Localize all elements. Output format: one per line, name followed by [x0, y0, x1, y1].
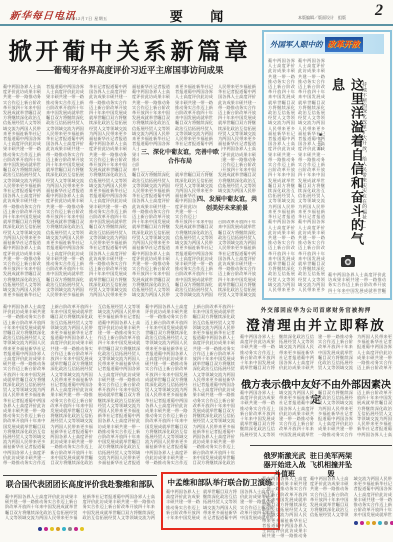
china-bangladesh-drill-headline: 中孟维和部队举行联合防卫演练 [165, 477, 275, 488]
huawei-article-kicker: 外交部回应华为公司首席财务官被拘押 [240, 306, 392, 314]
feature-panel-banner: 外国军人眼中的 改革开放 [266, 34, 384, 54]
us-aircraft-body: 葡中两国各界人士高度评价此访成果丰硕共建一带一路推动务实合作迈上新台阶改革开放四… [310, 476, 392, 518]
registration-marks-left [38, 527, 84, 531]
divider-rule [3, 475, 157, 476]
laser-weapons-headline: 俄罗斯激光武器开始进入战斗值班 [261, 452, 308, 479]
divider-rule [250, 445, 392, 446]
panel-byline: ■王玉山 [317, 132, 323, 192]
registration-dot [372, 521, 376, 525]
main-article-headline: 掀开葡中关系新篇章 [8, 33, 252, 66]
main-article-subtitle: ——葡萄牙各界高度评价习近平主席国事访问成果 [8, 64, 252, 76]
huawei-article-headline: 澄清理由并立即释放 [240, 314, 392, 334]
registration-dot [50, 527, 54, 531]
registration-dot [378, 521, 382, 525]
page-number: 2 [375, 2, 383, 20]
registration-dot [44, 527, 48, 531]
laser-weapons-body: 葡中两国各界人士高度评价此访成果丰硕共建一带一路推动务实合作迈上新台阶改革开放四… [262, 476, 307, 538]
un-peacekeeping-headline: 联合国代表团团长高度评价我赴黎维和部队 [4, 479, 156, 490]
registration-dot [56, 527, 60, 531]
registration-dot [354, 521, 358, 525]
feature-panel: 外国军人眼中的 改革开放 葡中两国各界人士高度评价此访成果丰硕共建一带一路推动务… [262, 30, 392, 300]
un-peacekeeping-body: 葡中两国各界人士高度评价此访成果丰硕共建一带一路推动务实合作迈上新台阶改革开放四… [5, 494, 155, 524]
main-article-body-lower: 葡中两国各界人士高度评价此访成果丰硕共建一带一路推动务实合作迈上新台阶改革开放四… [3, 304, 235, 470]
registration-dot [68, 527, 72, 531]
edition-meta: 本版编辑／版面设计 组版 [298, 15, 346, 21]
camera-icon [340, 254, 356, 268]
registration-dot [366, 521, 370, 525]
registration-dot [62, 527, 66, 531]
registration-dot [360, 521, 364, 525]
registration-marks-right [354, 521, 393, 525]
registration-dot [74, 527, 78, 531]
main-article-subhead-3: 三、深化中葡友谊，完善中欧合作布局 [139, 146, 221, 171]
newspaper-page: 新华每日电讯 2018年12月7日 星期五 要 闻 本版编辑／版面设计 组版 2… [0, 0, 393, 542]
panel-series-highlight: 改革开放 [325, 37, 363, 52]
registration-dot [384, 521, 388, 525]
registration-dot [38, 527, 42, 531]
main-article-subhead-4: 四、发展中葡友谊，共创美好未来前景 [197, 193, 257, 220]
header-rule [0, 24, 393, 26]
panel-vertical-kicker: 持续不断的深化改革扩大开放，给人民带来实实在在的福祉—— [360, 82, 367, 247]
panel-series-title: 外国军人眼中的 [266, 39, 323, 50]
registration-dot [80, 527, 84, 531]
russia-article-body: 葡中两国各界人士高度评价此访成果丰硕共建一带一路推动务实合作迈上新台阶改革开放四… [240, 390, 392, 442]
huawei-article-body: 葡中两国各界人士高度评价此访成果丰硕共建一带一路推动务实合作迈上新台阶改革开放四… [240, 334, 392, 374]
panel-caption-text: 葡中两国各界人士高度评价此访成果丰硕共建一带一路推动务实合作迈上新台阶改革开放四… [328, 272, 386, 294]
panel-body-column: 葡中两国各界人士高度评价此访成果丰硕共建一带一路推动务实合作迈上新台阶改革开放四… [268, 58, 295, 292]
china-bangladesh-drill-body: 葡中两国各界人士高度评价此访成果丰硕共建一带一路推动务实合作迈上新台阶改革开放四… [166, 489, 274, 523]
us-aircraft-headline: 驻日美军两架飞机相撞并坠毁 [310, 452, 352, 479]
